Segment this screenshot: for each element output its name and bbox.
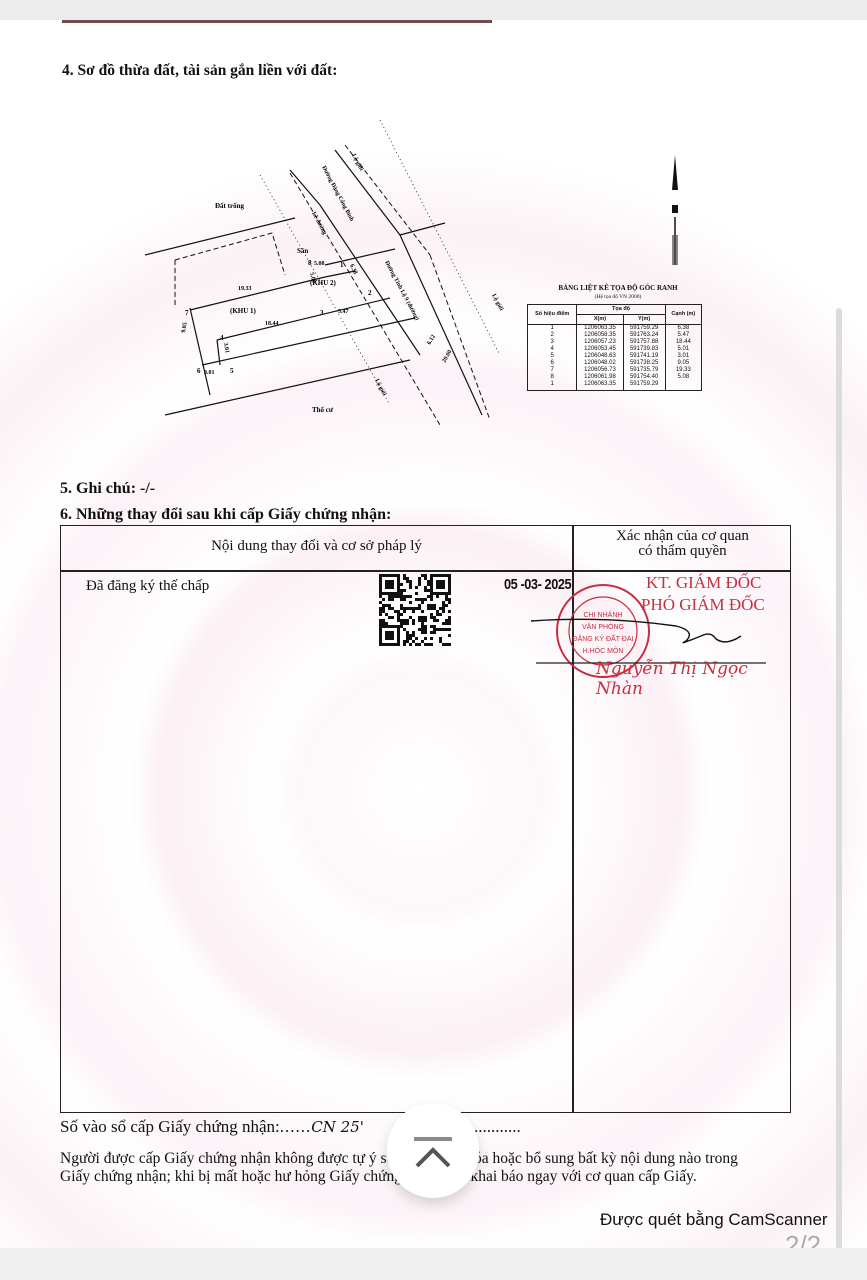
coord-cell-y: 591739.83	[623, 346, 665, 353]
scroll-to-top-button[interactable]	[387, 1103, 479, 1198]
coord-row: 31206057.23591757.8818.44	[528, 339, 702, 346]
coord-cell-y: 591741.19	[623, 353, 665, 360]
svg-text:7: 7	[185, 309, 189, 317]
svg-text:6.12: 6.12	[427, 334, 437, 346]
coord-cell-point: 7	[528, 367, 577, 374]
coord-cell-edge: 5.01	[665, 346, 701, 353]
coord-cell-y: 591738.25	[623, 360, 665, 367]
label-khu1: (KHU 1)	[230, 307, 257, 315]
coord-cell-point: 1	[528, 325, 577, 333]
changes-header-content: Nội dung thay đổi và cơ sở pháp lý	[61, 538, 572, 555]
coord-cell-y: 591757.88	[623, 339, 665, 346]
changes-table: Nội dung thay đổi và cơ sở pháp lý Xác n…	[60, 525, 791, 1113]
coord-header-y: Y(m)	[623, 315, 665, 325]
coord-cell-point: 2	[528, 332, 577, 339]
coord-cell-edge: 6.38	[665, 325, 701, 333]
svg-text:2: 2	[368, 289, 372, 297]
coord-cell-point: 5	[528, 353, 577, 360]
coord-row: 81206061.98591754.405.08	[528, 374, 702, 381]
coord-cell-edge: 18.44	[665, 339, 701, 346]
svg-text:4: 4	[220, 334, 224, 342]
coord-cell-x: 1206061.98	[577, 374, 623, 381]
coord-cell-y: 591763.24	[623, 332, 665, 339]
label-san: Sân	[297, 247, 308, 255]
svg-text:5.08: 5.08	[314, 261, 325, 267]
north-arrow-icon	[660, 145, 690, 275]
signer-title-1: KT. GIÁM ĐỐC	[646, 573, 761, 593]
section-5-note: 5. Ghi chú: -/-	[60, 480, 155, 498]
coord-cell-x: 1206063.35	[577, 325, 623, 333]
land-parcel-diagram: Đất trống Sân (KHU 2) (KHU 1) Thổ cư 19.…	[140, 115, 560, 435]
coord-cell-edge: 9.05	[665, 360, 701, 367]
coord-cell-edge	[665, 381, 701, 391]
label-tho-cu: Thổ cư	[312, 406, 334, 414]
svg-text:9.05: 9.05	[181, 322, 189, 333]
coord-cell-x: 1206057.23	[577, 339, 623, 346]
changes-header-authority: Xác nhận của cơ quan có thẩm quyền	[573, 529, 792, 559]
coord-cell-edge: 3.01	[665, 353, 701, 360]
coord-cell-point: 3	[528, 339, 577, 346]
svg-text:Lộ giới: Lộ giới	[373, 378, 387, 397]
signer-name: Nguyễn Thị Ngọc Nhàn	[596, 659, 791, 699]
coord-cell-point: 4	[528, 346, 577, 353]
scanner-watermark: Được quét bằng CamScanner	[600, 1210, 828, 1230]
vertical-scrollbar[interactable]	[836, 308, 842, 1250]
registration-number: Số vào sổ cấp Giấy chứng nhận:......CN 2…	[60, 1117, 364, 1137]
coord-row: 21206058.35591763.245.47	[528, 332, 702, 339]
viewer-bottom-strip	[0, 1248, 867, 1280]
chevron-up-icon	[413, 1144, 453, 1170]
coord-row: 11206063.35591759.296.38	[528, 325, 702, 333]
coord-cell-y: 591754.40	[623, 374, 665, 381]
coord-cell-edge: 19.33	[665, 367, 701, 374]
page-counter: 2/2	[785, 1230, 821, 1248]
coord-cell-point: 1	[528, 381, 577, 391]
svg-text:1: 1	[340, 261, 344, 269]
coord-table-title: BẢNG LIỆT KÊ TỌA ĐỘ GÓC RANH (Hệ tọa độ …	[528, 284, 708, 302]
section-4-title: 4. Sơ đồ thừa đất, tài sản gắn liền với …	[62, 62, 337, 80]
svg-text:6: 6	[197, 367, 201, 375]
coord-cell-point: 6	[528, 360, 577, 367]
coord-row: 11206063.35591759.29	[528, 381, 702, 391]
section-6-title: 6. Những thay đổi sau khi cấp Giấy chứng…	[60, 506, 391, 524]
svg-text:18.44: 18.44	[265, 321, 279, 327]
coord-row: 71206056.73591735.7919.33	[528, 367, 702, 374]
registration-dots: ...........	[474, 1117, 521, 1137]
coord-cell-y: 591759.29	[623, 325, 665, 333]
svg-text:Lộ giới: Lộ giới	[350, 153, 364, 172]
mortgage-entry-text: Đã đăng ký thế chấp	[86, 578, 209, 595]
coord-row: 51206048.63591741.193.01	[528, 353, 702, 360]
svg-text:5: 5	[230, 367, 234, 375]
coord-cell-edge: 5.08	[665, 374, 701, 381]
coord-cell-x: 1206063.35	[577, 381, 623, 391]
coord-cell-y: 591759.29	[623, 381, 665, 391]
svg-text:3.01: 3.01	[222, 342, 230, 353]
svg-text:5.47: 5.47	[338, 309, 349, 315]
page-top-border	[62, 20, 492, 23]
svg-text:3.01: 3.01	[204, 370, 215, 376]
coord-cell-x: 1206048.02	[577, 360, 623, 367]
coord-cell-y: 591735.79	[623, 367, 665, 374]
qr-code[interactable]	[379, 574, 451, 646]
scroll-to-top-bar	[414, 1137, 452, 1141]
coord-cell-edge: 5.47	[665, 332, 701, 339]
coord-row: 61206048.02591738.259.05	[528, 360, 702, 367]
svg-text:19.33: 19.33	[238, 286, 252, 292]
coord-header-edge: Cạnh (m)	[665, 305, 701, 325]
svg-text:3: 3	[320, 309, 324, 317]
label-dat-trong: Đất trống	[215, 202, 244, 210]
coord-cell-x: 1206058.35	[577, 332, 623, 339]
coord-cell-point: 8	[528, 374, 577, 381]
coord-row: 41206053.45591739.835.01	[528, 346, 702, 353]
registration-value: CN 25'	[311, 1118, 364, 1136]
coord-table: Số hiệu điểm Tọa độ Cạnh (m) X(m) Y(m) 1…	[527, 304, 702, 391]
svg-text:20.00: 20.00	[442, 349, 454, 364]
coord-header-point: Số hiệu điểm	[528, 305, 577, 325]
coord-cell-x: 1206056.73	[577, 367, 623, 374]
coord-header-x: X(m)	[577, 315, 623, 325]
document-page: 4. Sơ đồ thừa đất, tài sản gắn liền với …	[0, 20, 867, 1248]
coord-header-coords: Tọa độ	[577, 305, 665, 315]
coord-cell-x: 1206053.45	[577, 346, 623, 353]
svg-text:Lề đường: Lề đường	[310, 211, 328, 236]
coord-cell-x: 1206048.63	[577, 353, 623, 360]
signature-block: CHI NHÁNH VĂN PHÒNG ĐĂNG KÝ ĐẤT ĐAI H.HÓ…	[541, 571, 791, 701]
viewer-top-bar	[0, 0, 867, 20]
svg-text:Lộ giới: Lộ giới	[490, 293, 504, 312]
svg-text:8: 8	[308, 259, 312, 267]
